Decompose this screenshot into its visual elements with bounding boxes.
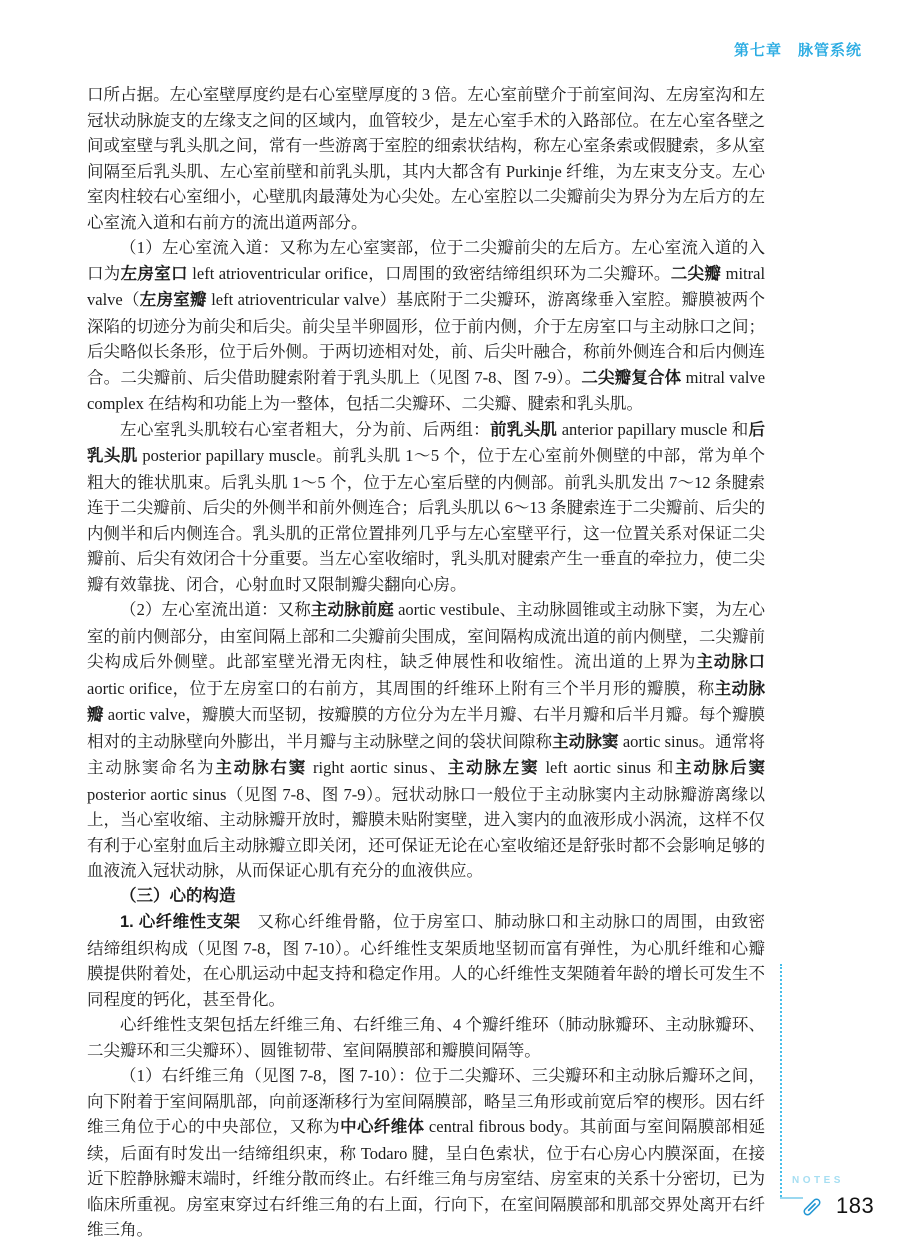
text-run: anterior papillary muscle 和 [557,420,748,439]
key-term: 主动脉后窦 [675,759,765,777]
text-run: right aortic sinus、 [307,758,448,777]
running-head: 第七章 脉管系统 [734,39,862,60]
textbook-page: 第七章 脉管系统 口所占据。左心室壁厚度约是右心室壁厚度的 3 倍。左心室前壁介… [0,0,906,1250]
key-term: （三）心的构造 [120,887,236,905]
body-paragraph: 心纤维性支架包括左纤维三角、右纤维三角、4 个瓣纤维环（肺动脉瓣环、主动脉瓣环、… [87,1012,765,1063]
text-run: （2）左心室流出道：又称 [120,600,311,619]
text-run: left atrioventricular orifice，口周围的致密结缔组织… [188,264,671,283]
key-term: 主动脉前庭 [311,601,394,619]
key-term: 主动脉左窦 [448,759,540,777]
key-term: 二尖瓣复合体 [581,369,681,387]
key-term: 左房室口 [121,265,188,283]
page-number: 183 [836,1193,874,1219]
text-run: posterior aortic sinus（见图 7-8、图 7-9）。冠状动… [87,785,765,881]
body-paragraph: （1）右纤维三角（见图 7-8，图 7-10）：位于二尖瓣环、三尖瓣环和主动脉后… [87,1063,765,1243]
body-text: 口所占据。左心室壁厚度约是右心室壁厚度的 3 倍。左心室前壁介于前室间沟、左房室… [87,82,765,1243]
key-term: 主动脉口 [696,653,765,671]
key-term: 前乳头肌 [490,421,557,439]
text-run: 左心室乳头肌较右心室者粗大，分为前、后两组： [120,420,490,439]
key-term: 1. 心纤维性支架 [120,913,240,931]
body-paragraph: 1. 心纤维性支架 又称心纤维骨骼，位于房室口、肺动脉口和主动脉口的周围，由致密… [87,909,765,1012]
paperclip-icon [799,1195,825,1219]
body-paragraph: （2）左心室流出道：又称主动脉前庭 aortic vestibule、主动脉圆锥… [87,597,765,884]
body-paragraph: 口所占据。左心室壁厚度约是右心室壁厚度的 3 倍。左心室前壁介于前室间沟、左房室… [87,82,765,235]
body-paragraph: 左心室乳头肌较右心室者粗大，分为前、后两组：前乳头肌 anterior papi… [87,417,765,598]
text-run: left aortic sinus 和 [540,758,676,777]
key-term: 主动脉右窦 [215,759,307,777]
key-term: 二尖瓣 [671,265,721,283]
section-heading: （三）心的构造 [87,884,765,910]
body-paragraph: （1）左心室流入道：又称为左心室窦部，位于二尖瓣前尖的左后方。左心室流入道的入口… [87,235,765,417]
key-term: 主动脉窦 [552,733,618,751]
text-run: 口所占据。左心室壁厚度约是右心室壁厚度的 3 倍。左心室前壁介于前室间沟、左房室… [87,85,765,232]
key-term: 左房室瓣 [140,291,207,309]
key-term: 中心纤维体 [340,1118,424,1136]
notes-dotted-rail [780,964,782,1197]
text-run: 心纤维性支架包括左纤维三角、右纤维三角、4 个瓣纤维环（肺动脉瓣环、主动脉瓣环、… [87,1015,765,1060]
notes-label: NOTES [792,1175,844,1186]
text-run: posterior papillary muscle。前乳头肌 1～5 个，位于… [87,446,765,594]
text-run: aortic orifice，位于左房室口的右前方，其周围的纤维环上附有三个半月… [87,679,715,698]
